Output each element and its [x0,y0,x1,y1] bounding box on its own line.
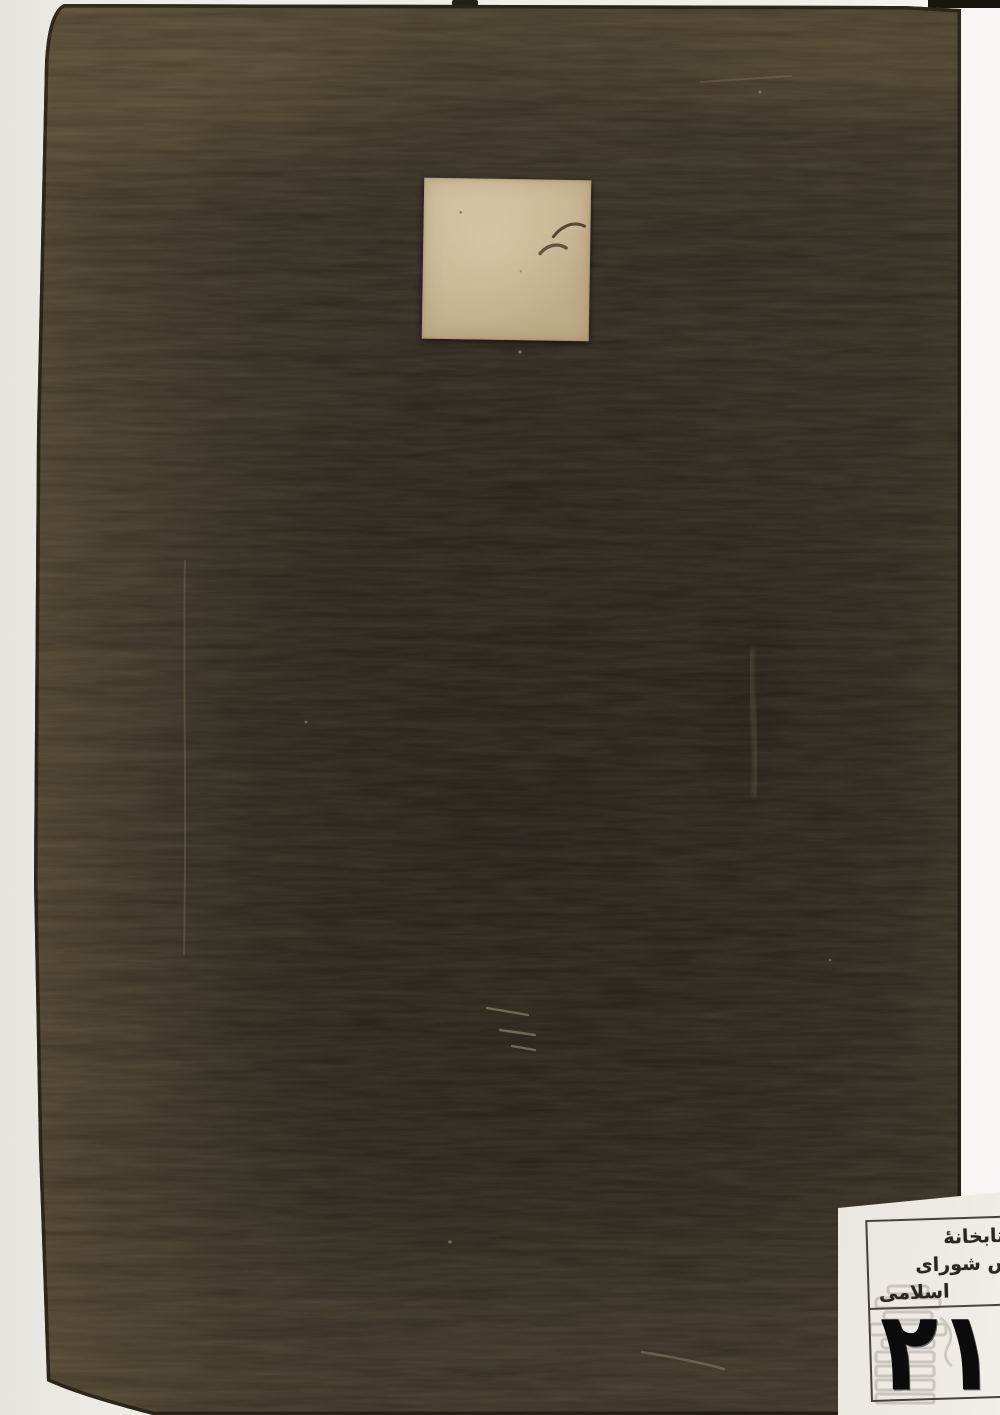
library-sticker: کتابخانۀ ـس شورای اسلامی ۲۱ [838,1192,1000,1415]
call-number: ۲۱ [880,1298,997,1408]
sticker-frame: کتابخانۀ ـس شورای اسلامی ۲۱ [865,1216,1000,1402]
scan-edge-strip [928,0,1000,8]
library-name-line-2: ـس شورای [868,1249,1000,1281]
pasted-label [422,178,592,342]
ink-mark [422,178,592,342]
scanned-book-cover: کتابخانۀ ـس شورای اسلامی ۲۱ [0,0,1000,1415]
